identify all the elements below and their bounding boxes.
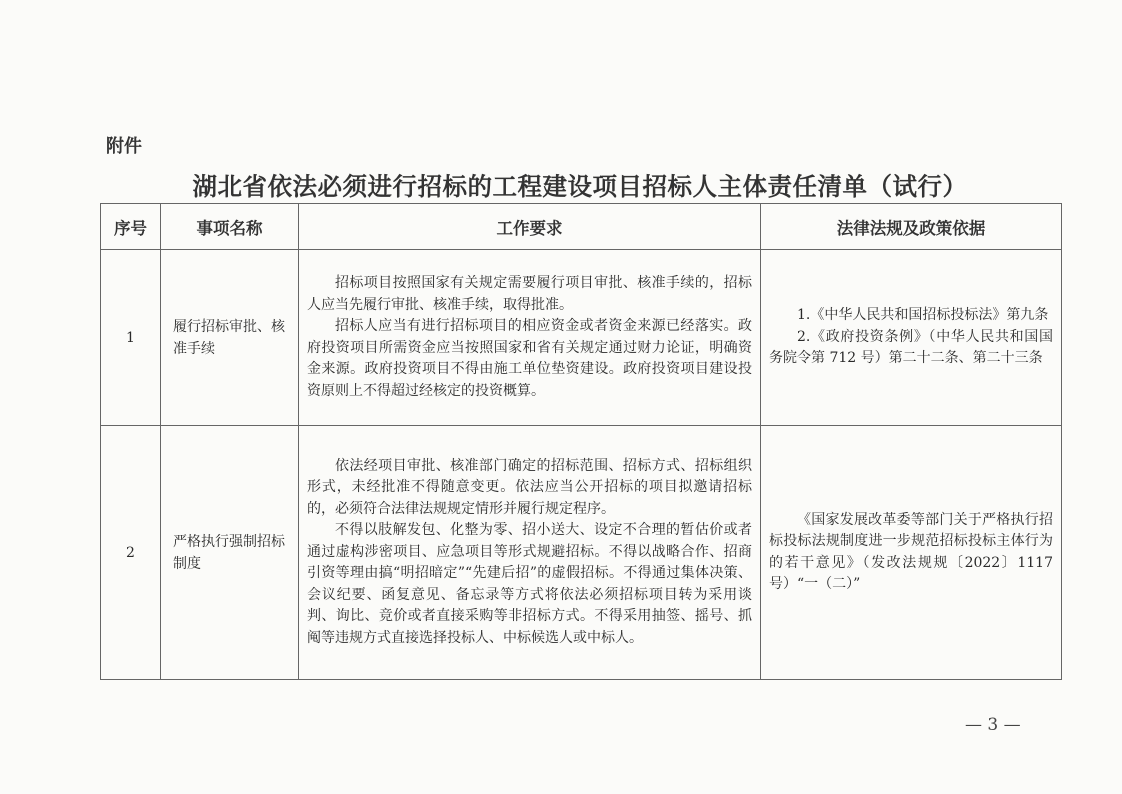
requirement-paragraph: 依法经项目审批、核准部门确定的招标范围、招标方式、招标组织形式，未经批准不得随意… (307, 456, 752, 521)
responsibility-table: 序号 事项名称 工作要求 法律法规及政策依据 1 履行招标审批、核准手续 招标项… (100, 203, 1062, 680)
row-requirements: 招标项目按照国家有关规定需要履行项目审批、核准手续的，招标人应当先履行审批、核准… (299, 250, 761, 426)
row-number: 2 (101, 426, 161, 680)
row-legal-basis: 1.《中华人民共和国招标投标法》第九条 2.《政府投资条例》（中华人民共和国国务… (761, 250, 1062, 426)
page-number: — 3 — (965, 715, 1021, 735)
row-item-name: 履行招标审批、核准手续 (161, 250, 299, 426)
row-number: 1 (101, 250, 161, 426)
legal-basis-item: 《国家发展改革委等部门关于严格执行招标投标法规制度进一步规范招标投标主体行为的若… (769, 510, 1053, 596)
table-row: 2 严格执行强制招标制度 依法经项目审批、核准部门确定的招标范围、招标方式、招标… (101, 426, 1062, 680)
requirement-paragraph: 不得以肢解发包、化整为零、招小送大、设定不合理的暂估价或者通过虚构涉密项目、应急… (307, 520, 752, 649)
document-title: 湖北省依法必须进行招标的工程建设项目招标人主体责任清单（试行） (100, 168, 1060, 203)
row-legal-basis: 《国家发展改革委等部门关于严格执行招标投标法规制度进一步规范招标投标主体行为的若… (761, 426, 1062, 680)
requirement-paragraph: 招标人应当有进行招标项目的相应资金或者资金来源已经落实。政府投资项目所需资金应当… (307, 316, 752, 402)
row-item-name: 严格执行强制招标制度 (161, 426, 299, 680)
attachment-label: 附件 (106, 132, 142, 158)
requirement-paragraph: 招标项目按照国家有关规定需要履行项目审批、核准手续的，招标人应当先履行审批、核准… (307, 273, 752, 316)
header-legal-basis: 法律法规及政策依据 (761, 204, 1062, 250)
table-header-row: 序号 事项名称 工作要求 法律法规及政策依据 (101, 204, 1062, 250)
table-row: 1 履行招标审批、核准手续 招标项目按照国家有关规定需要履行项目审批、核准手续的… (101, 250, 1062, 426)
legal-basis-item: 1.《中华人民共和国招标投标法》第九条 (769, 305, 1053, 327)
legal-basis-item: 2.《政府投资条例》（中华人民共和国国务院令第 712 号）第二十二条、第二十三… (769, 327, 1053, 370)
header-item-name: 事项名称 (161, 204, 299, 250)
row-requirements: 依法经项目审批、核准部门确定的招标范围、招标方式、招标组织形式，未经批准不得随意… (299, 426, 761, 680)
header-number: 序号 (101, 204, 161, 250)
header-requirements: 工作要求 (299, 204, 761, 250)
